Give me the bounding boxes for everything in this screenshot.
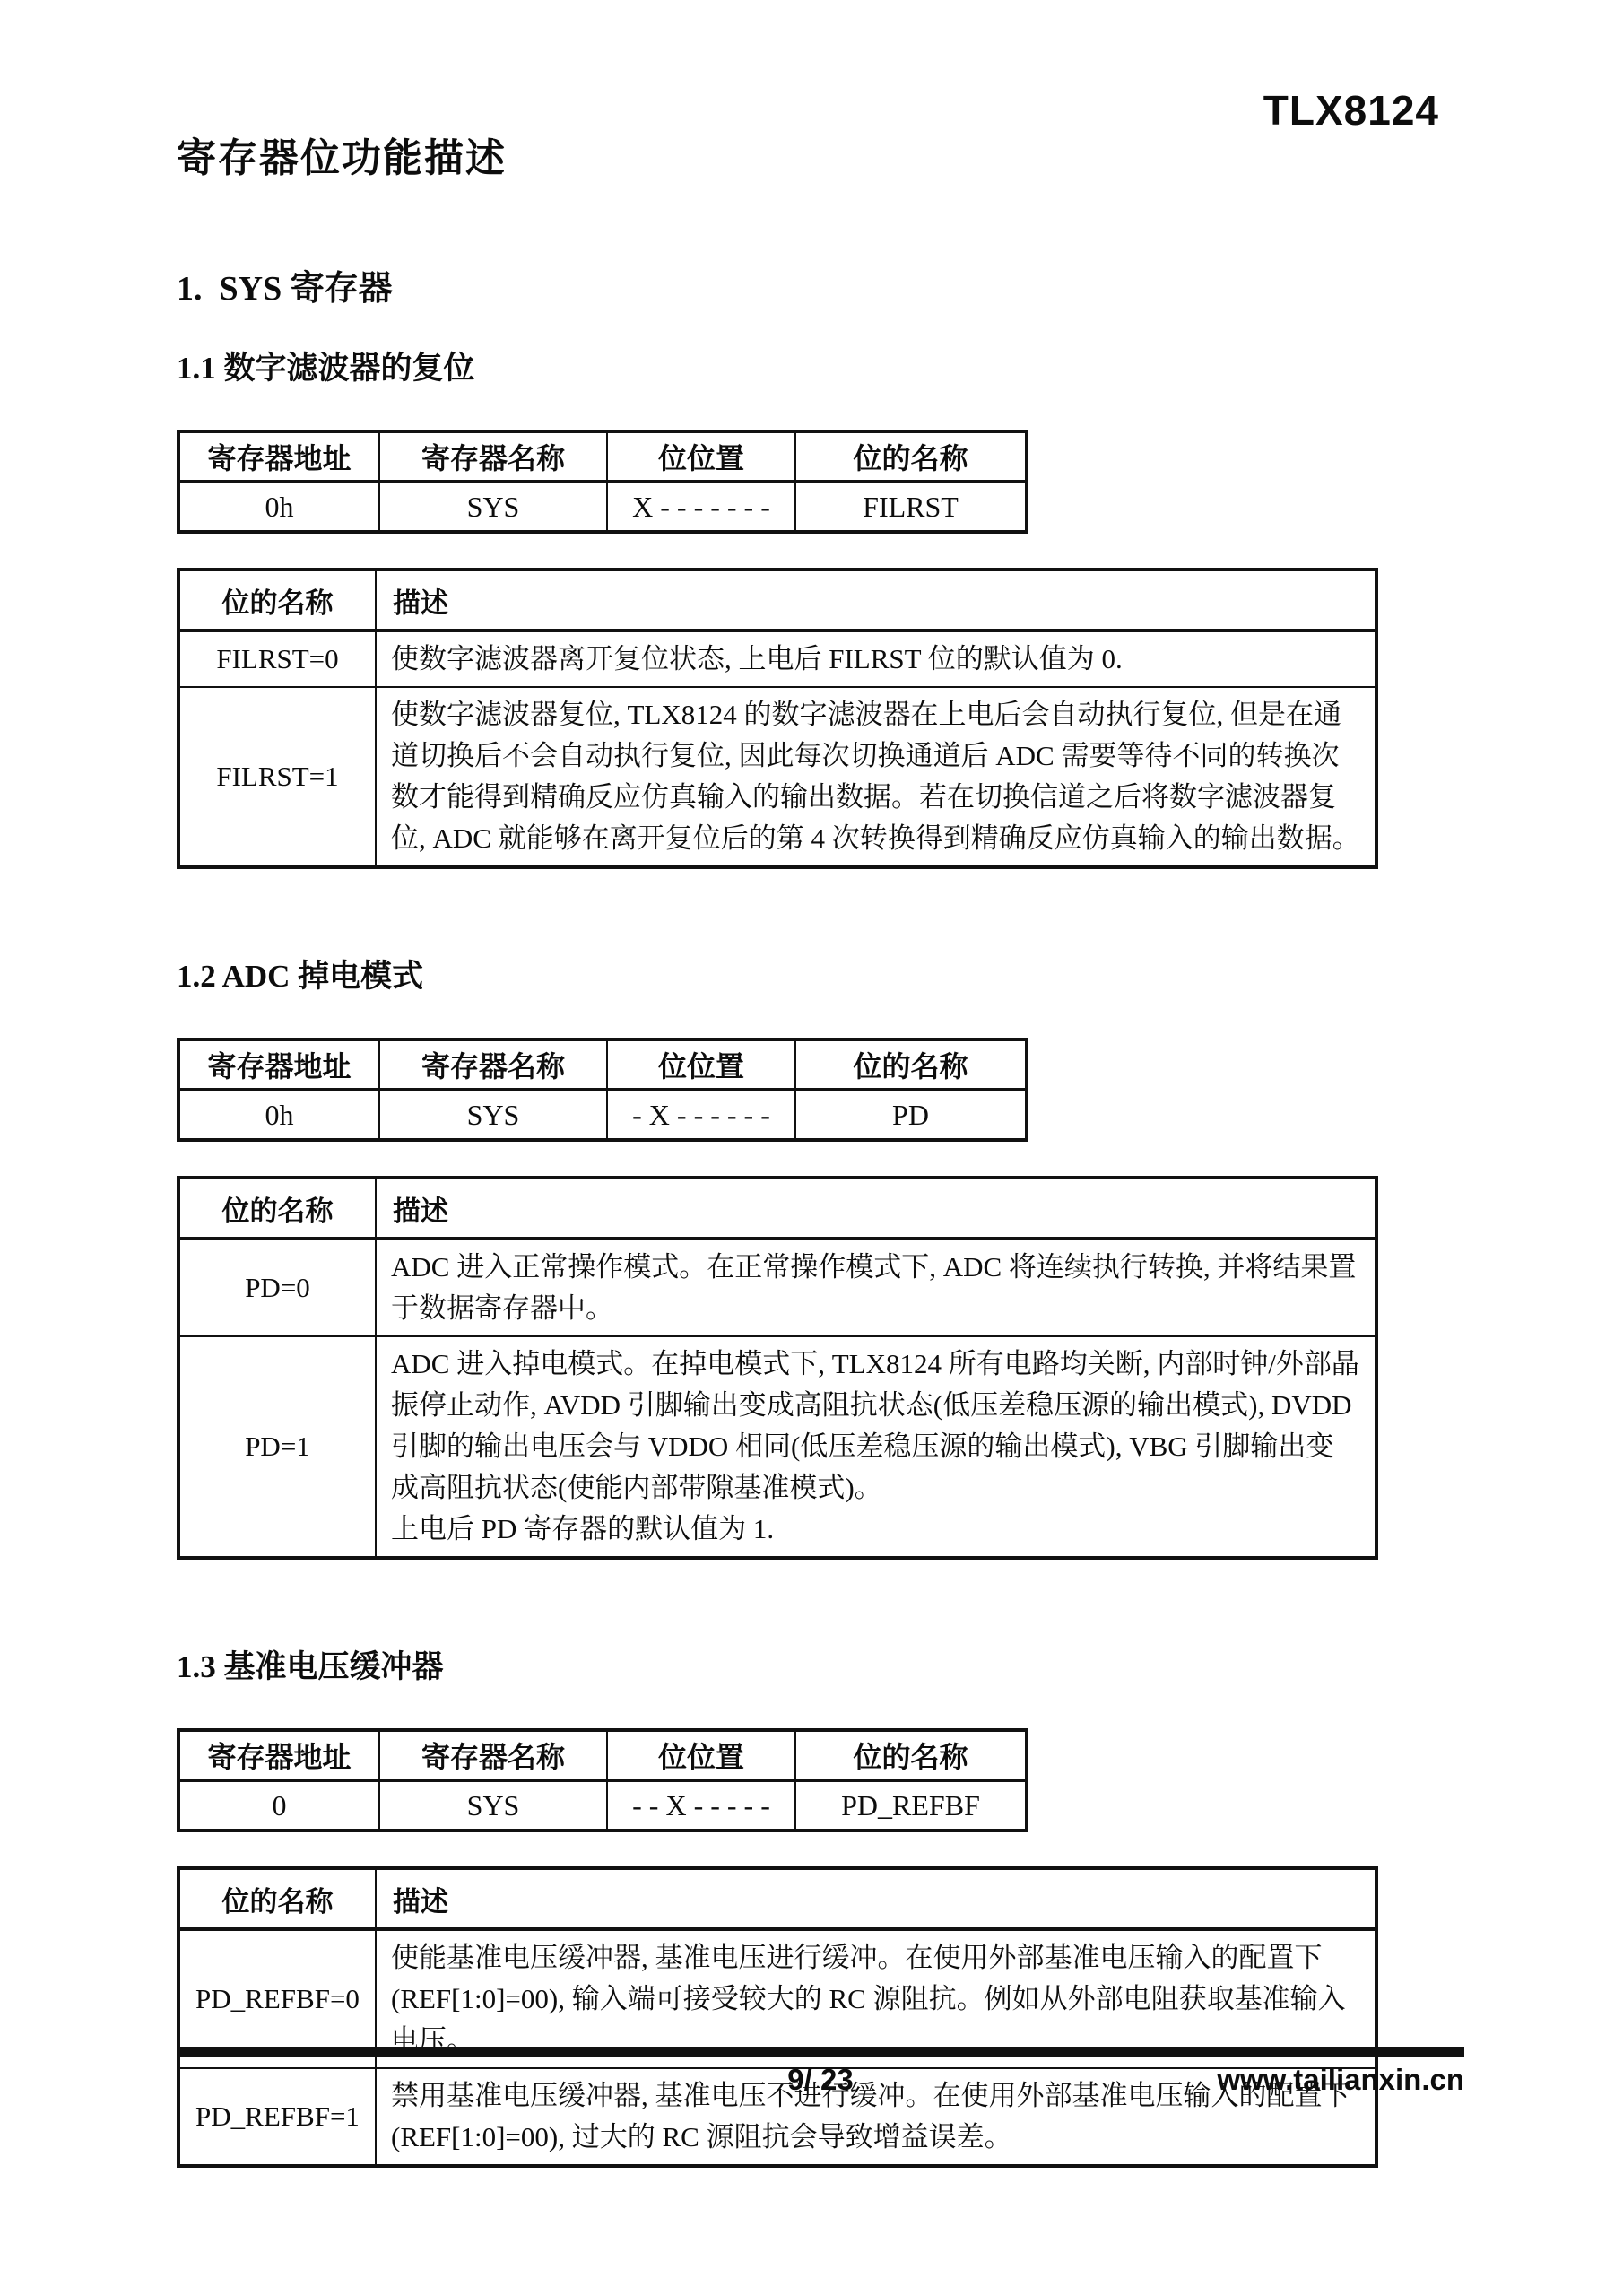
subsection-heading-1-1: 1.1 数字滤波器的复位 (177, 344, 1378, 388)
col-header-bit-name: 位的名称 (178, 1868, 376, 1929)
col-header-reg-address: 寄存器地址 (178, 1730, 379, 1780)
col-header-description: 描述 (376, 1178, 1376, 1239)
table-row: PD=1 ADC 进入掉电模式。在掉电模式下, TLX8124 所有电路均关断,… (178, 1336, 1376, 1558)
reg-address-value: 0 (178, 1780, 379, 1831)
table-header-row: 位的名称 描述 (178, 570, 1376, 631)
table-row: 0h SYS X - - - - - - - FILRST (178, 482, 1027, 532)
bit-name-value: FILRST=1 (178, 687, 376, 867)
bit-description-text: ADC 进入正常操作模式。在正常操作模式下, ADC 将连续执行转换, 并将结果… (376, 1239, 1376, 1336)
reg-name-value: SYS (379, 482, 607, 532)
col-header-description: 描述 (376, 570, 1376, 631)
section-heading: 1. SYS 寄存器 (177, 260, 1378, 309)
register-table-1-1: 寄存器地址 寄存器名称 位位置 位的名称 0h SYS X - - - - - … (177, 430, 1028, 534)
col-header-reg-name: 寄存器名称 (379, 1039, 607, 1090)
col-header-reg-name: 寄存器名称 (379, 1730, 607, 1780)
footer-divider-bar (177, 2047, 1464, 2057)
subsection-heading-1-2: 1.2 ADC 掉电模式 (177, 952, 1378, 996)
col-header-bit-name: 位的名称 (178, 1178, 376, 1239)
col-header-bit-position: 位位置 (607, 1039, 795, 1090)
reg-address-value: 0h (178, 482, 379, 532)
footer: 9/ 23 www.tailianxin.cn (177, 2063, 1464, 2108)
page-content: 寄存器位功能描述 1. SYS 寄存器 1.1 数字滤波器的复位 寄存器地址 寄… (177, 126, 1378, 2168)
col-header-bit-position: 位位置 (607, 1730, 795, 1780)
col-header-bit-name: 位的名称 (795, 431, 1027, 482)
website-url: www.tailianxin.cn (1217, 2063, 1464, 2097)
page-title: 寄存器位功能描述 (177, 126, 1378, 183)
table-row: FILRST=1 使数字滤波器复位, TLX8124 的数字滤波器在上电后会自动… (178, 687, 1376, 867)
bit-name-value: FILRST=0 (178, 631, 376, 687)
table-header-row: 寄存器地址 寄存器名称 位位置 位的名称 (178, 431, 1027, 482)
table-header-row: 寄存器地址 寄存器名称 位位置 位的名称 (178, 1039, 1027, 1090)
bit-description-table-1-1: 位的名称 描述 FILRST=0 使数字滤波器离开复位状态, 上电后 FILRS… (177, 568, 1378, 869)
col-header-bit-name: 位的名称 (795, 1039, 1027, 1090)
col-header-bit-position: 位位置 (607, 431, 795, 482)
register-table-1-2: 寄存器地址 寄存器名称 位位置 位的名称 0h SYS - X - - - - … (177, 1038, 1028, 1142)
bit-description-table-1-2: 位的名称 描述 PD=0 ADC 进入正常操作模式。在正常操作模式下, ADC … (177, 1176, 1378, 1560)
bit-name-value: PD=1 (178, 1336, 376, 1558)
reg-address-value: 0h (178, 1090, 379, 1140)
bit-name-value: PD (795, 1090, 1027, 1140)
bit-description-text: ADC 进入掉电模式。在掉电模式下, TLX8124 所有电路均关断, 内部时钟… (376, 1336, 1376, 1558)
table-header-row: 位的名称 描述 (178, 1868, 1376, 1929)
reg-name-value: SYS (379, 1780, 607, 1831)
table-row: FILRST=0 使数字滤波器离开复位状态, 上电后 FILRST 位的默认值为… (178, 631, 1376, 687)
col-header-description: 描述 (376, 1868, 1376, 1929)
reg-name-value: SYS (379, 1090, 607, 1140)
table-header-row: 位的名称 描述 (178, 1178, 1376, 1239)
bit-description-table-1-3: 位的名称 描述 PD_REFBF=0 使能基准电压缓冲器, 基准电压进行缓冲。在… (177, 1866, 1378, 2168)
bit-name-value: PD_REFBF (795, 1780, 1027, 1831)
col-header-reg-name: 寄存器名称 (379, 431, 607, 482)
bit-position-value: - X - - - - - - (607, 1090, 795, 1140)
register-table-1-3: 寄存器地址 寄存器名称 位位置 位的名称 0 SYS - - X - - - -… (177, 1728, 1028, 1832)
bit-name-value: FILRST (795, 482, 1027, 532)
bit-position-value: X - - - - - - - (607, 482, 795, 532)
col-header-reg-address: 寄存器地址 (178, 431, 379, 482)
bit-description-text: 使数字滤波器离开复位状态, 上电后 FILRST 位的默认值为 0. (376, 631, 1376, 687)
bit-description-text: 使数字滤波器复位, TLX8124 的数字滤波器在上电后会自动执行复位, 但是在… (376, 687, 1376, 867)
subsection-heading-1-3: 1.3 基准电压缓冲器 (177, 1642, 1378, 1687)
col-header-reg-address: 寄存器地址 (178, 1039, 379, 1090)
table-row: 0h SYS - X - - - - - - PD (178, 1090, 1027, 1140)
table-row: 0 SYS - - X - - - - - PD_REFBF (178, 1780, 1027, 1831)
table-header-row: 寄存器地址 寄存器名称 位位置 位的名称 (178, 1730, 1027, 1780)
bit-position-value: - - X - - - - - (607, 1780, 795, 1831)
col-header-bit-name: 位的名称 (795, 1730, 1027, 1780)
document-page: TLX8124 寄存器位功能描述 1. SYS 寄存器 1.1 数字滤波器的复位… (0, 0, 1623, 2296)
bit-name-value: PD=0 (178, 1239, 376, 1336)
col-header-bit-name: 位的名称 (178, 570, 376, 631)
table-row: PD=0 ADC 进入正常操作模式。在正常操作模式下, ADC 将连续执行转换,… (178, 1239, 1376, 1336)
